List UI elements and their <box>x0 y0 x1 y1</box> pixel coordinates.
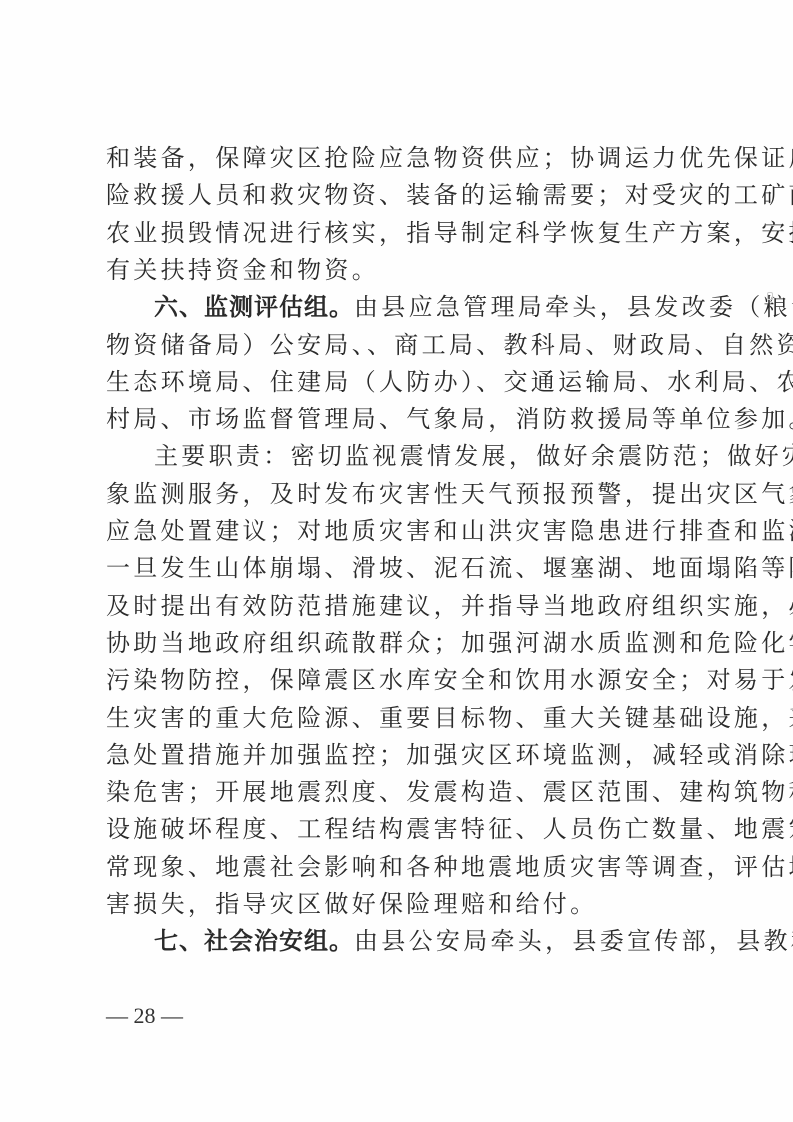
section-7-first-line: 七、社会治安组。由县公安局牵头，县委宣传部，县教科局、 <box>154 926 696 956</box>
section-6-heading: 六、监测评估组。 <box>154 293 354 321</box>
text-line: 生态环境局、住建局（人防办）、交通运输局、水利局、农业农 <box>106 367 696 397</box>
duties-line: 污染物防控，保障震区水库安全和饮用水源安全；对易于发生次 <box>106 665 696 695</box>
duties-line: 染危害；开展地震烈度、发震构造、震区范围、建构筑物和基础 <box>106 777 696 807</box>
section-7-heading: 七、社会治安组。 <box>154 927 354 955</box>
text-line: 村局、市场监督管理局、气象局，消防救援局等单位参加。 <box>106 404 696 434</box>
text-line: 农业损毁情况进行核实，指导制定科学恢复生产方案，安排落实 <box>106 218 696 248</box>
duties-line: 常现象、地震社会影响和各种地震地质灾害等调查，评估地震灾 <box>106 852 696 882</box>
section-6-first-line: 六、监测评估组。由县应急管理局牵头，县发改委（粮食和 <box>154 292 696 322</box>
duties-line: 应急处置建议；对地质灾害和山洪灾害隐患进行排查和监测预警， <box>106 516 696 546</box>
duties-line: 及时提出有效防范措施建议，并指导当地政府组织实施，必要时 <box>106 591 696 621</box>
margin-speck <box>768 791 775 795</box>
duties-line: 急处置措施并加强监控；加强灾区环境监测，减轻或消除环境污 <box>106 740 696 770</box>
duties-line: 设施破坏程度、工程结构震害特征、人员伤亡数量、地震宏观异 <box>106 814 696 844</box>
duties-line: 协助当地政府组织疏散群众；加强河湖水质监测和危险化学品等 <box>106 628 696 658</box>
duties-line: 一旦发生山体崩塌、滑坡、泥石流、堰塞湖、地面塌陷等险情， <box>106 553 696 583</box>
duties-line: 害损失，指导灾区做好保险理赔和给付。 <box>106 889 696 919</box>
margin-speck <box>767 292 773 300</box>
text-line: 有关扶持资金和物资。 <box>106 255 696 285</box>
text-line: 物资储备局）公安局、、商工局、教科局、财政局、自然资源局、 <box>106 330 696 360</box>
document-page: 和装备，保障灾区抢险应急物资供应；协调运力优先保证应急抢 险救援人员和救灾物资、… <box>0 0 793 1122</box>
section-7-intro: 由县公安局牵头，县委宣传部，县教科局、 <box>354 927 793 955</box>
page-number: — 28 — <box>106 1002 183 1030</box>
section-6-intro: 由县应急管理局牵头，县发改委（粮食和 <box>354 293 793 321</box>
duties-line: 主要职责：密切监视震情发展，做好余震防范；做好灾区气 <box>154 441 696 471</box>
duties-line: 象监测服务，及时发布灾害性天气预报预警，提出灾区气象灾害 <box>106 479 696 509</box>
text-line: 和装备，保障灾区抢险应急物资供应；协调运力优先保证应急抢 <box>106 143 696 173</box>
text-line: 险救援人员和救灾物资、装备的运输需要；对受灾的工矿商贸和 <box>106 180 696 210</box>
duties-line: 生灾害的重大危险源、重要目标物、重大关键基础设施，采取紧 <box>106 703 696 733</box>
